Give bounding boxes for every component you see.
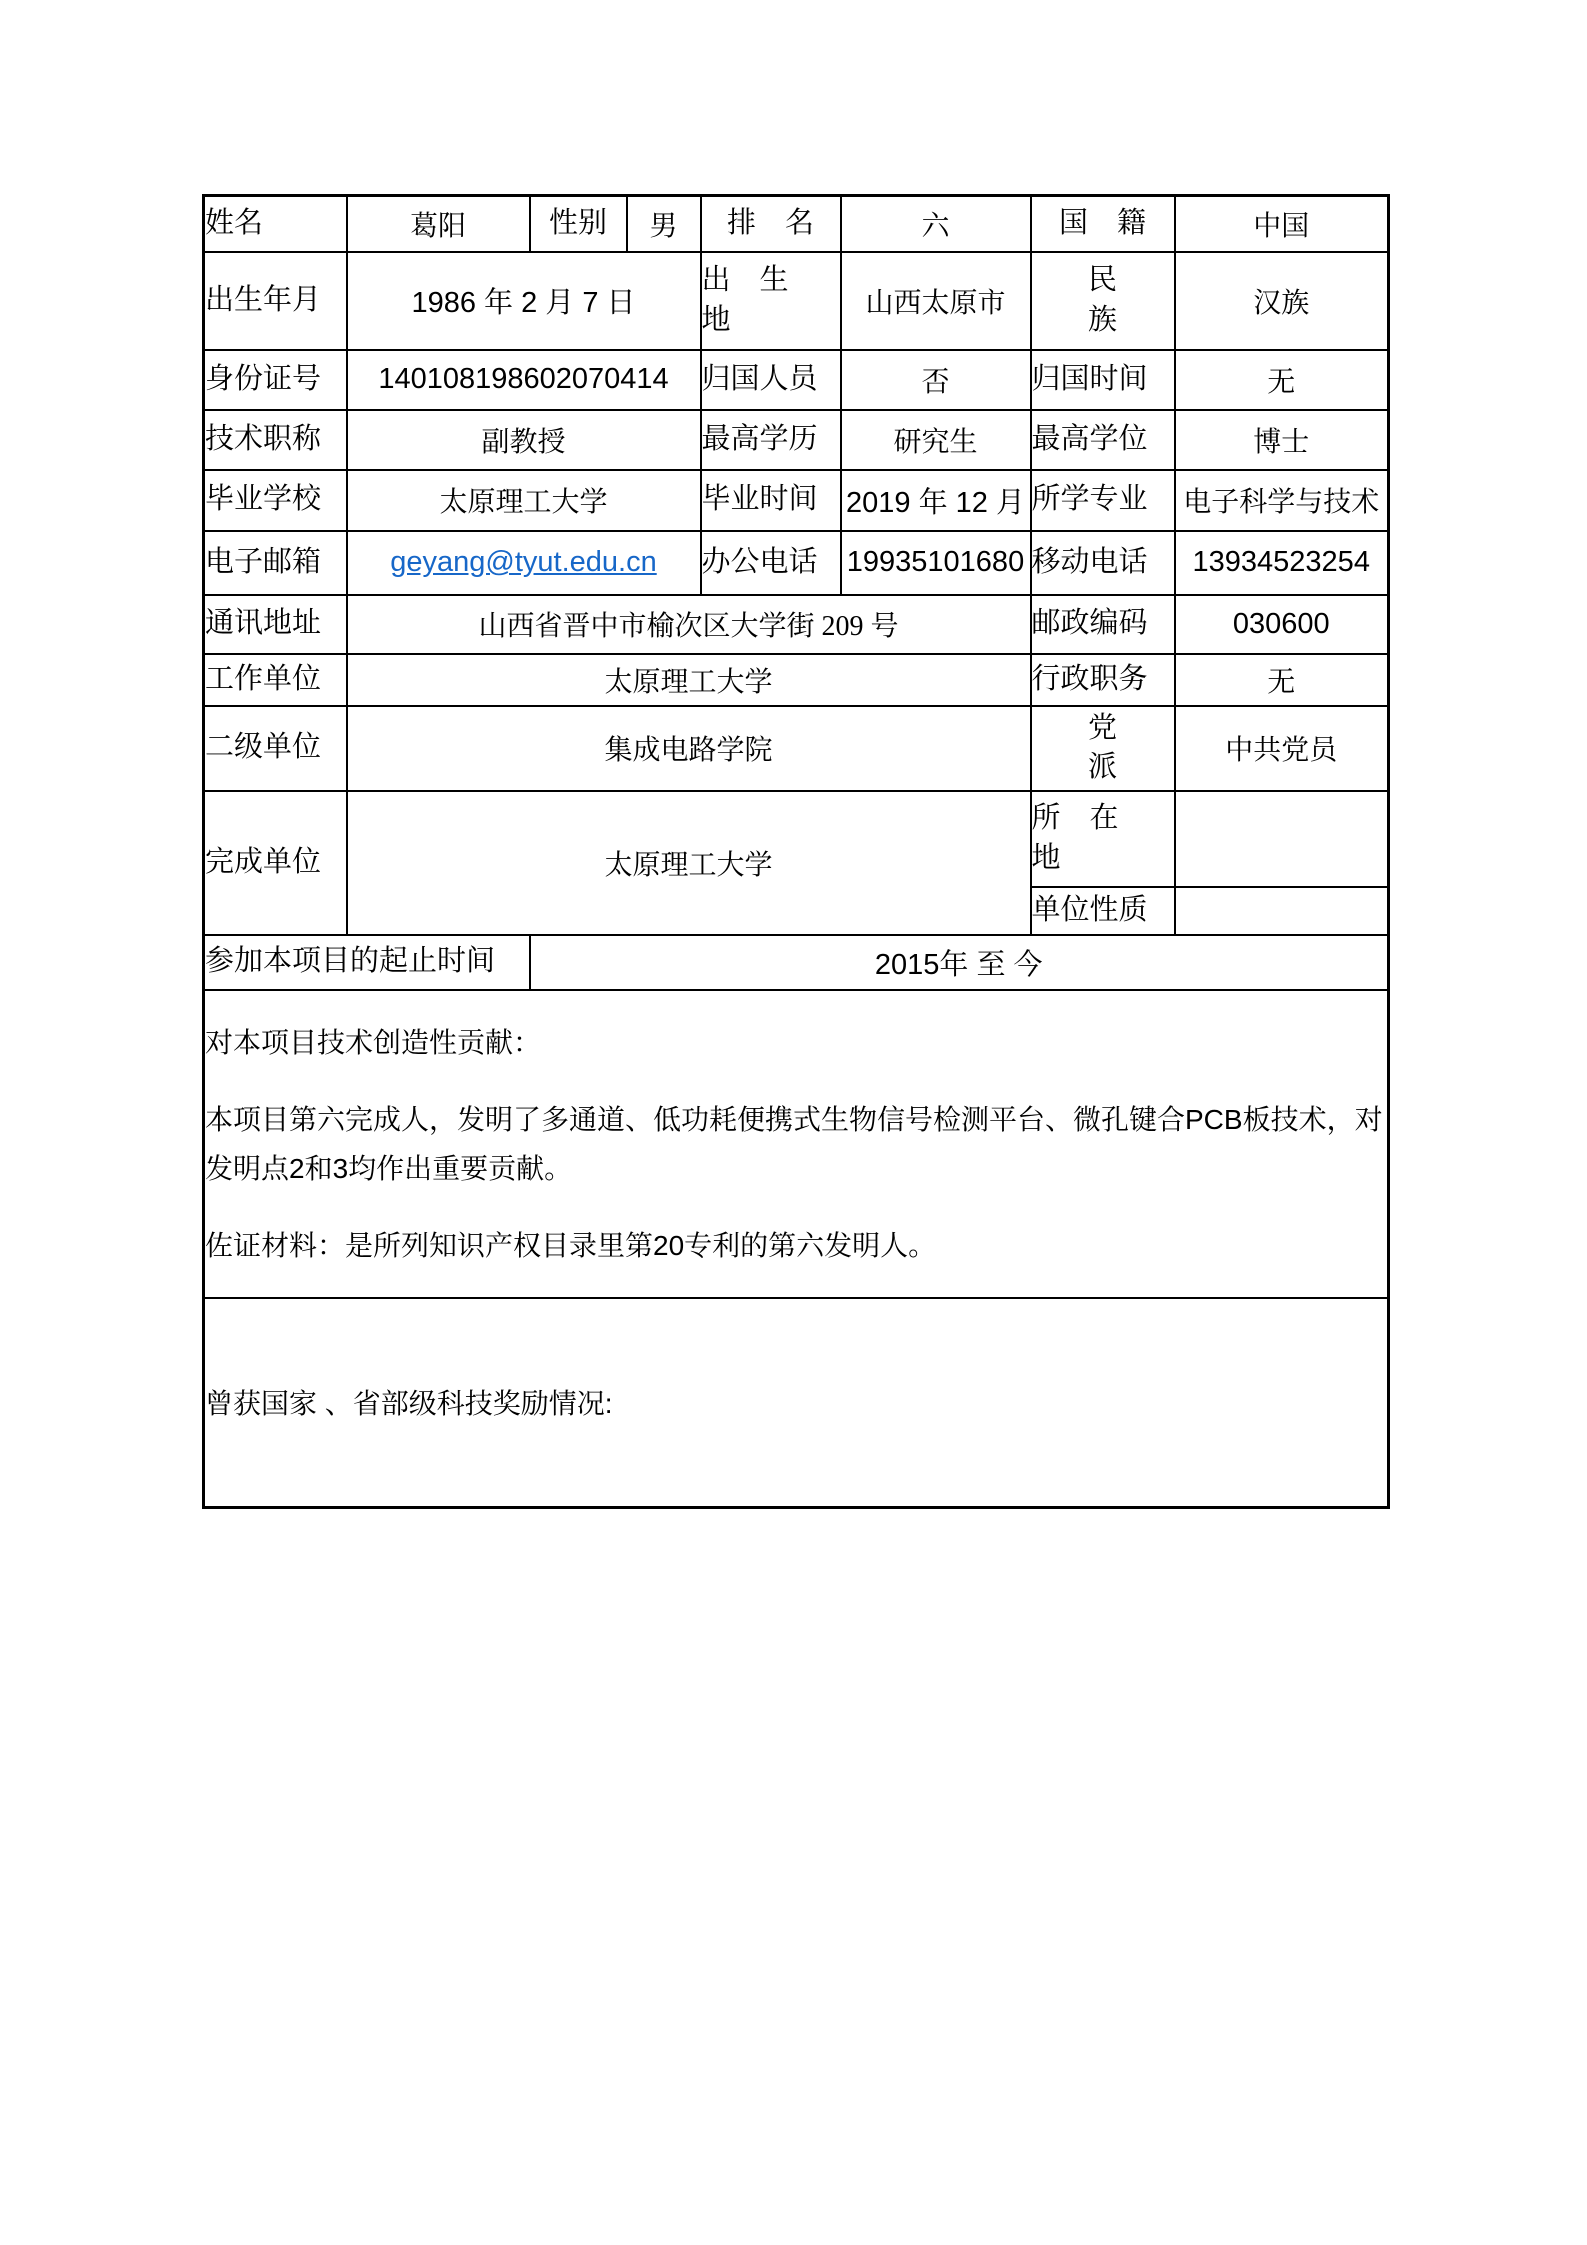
row-contribution: 对本项目技术创造性贡献： 本项目第六完成人，发明了多通道、低功耗便携式生物信号检… bbox=[204, 990, 1389, 1298]
party-value: 中共党员 bbox=[1175, 706, 1389, 791]
school-label: 毕业学校 bbox=[204, 470, 347, 531]
project-period-value: 2015年 至 今 bbox=[530, 935, 1389, 990]
id-number-value: 140108198602070414 bbox=[347, 350, 701, 410]
row-title: 技术职称 副教授 最高学历 研究生 最高学位 博士 bbox=[204, 410, 1389, 470]
major-label: 所学专业 bbox=[1031, 470, 1175, 531]
row-secondary-unit: 二级单位 集成电路学院 党 派 中共党员 bbox=[204, 706, 1389, 791]
postal-code-value: 030600 bbox=[1175, 595, 1389, 654]
nationality-value: 中国 bbox=[1175, 196, 1389, 252]
row-school: 毕业学校 太原理工大学 毕业时间 2019 年 12 月 所学专业 电子科学与技… bbox=[204, 470, 1389, 531]
work-unit-label: 工作单位 bbox=[204, 654, 347, 706]
education-value: 研究生 bbox=[841, 410, 1031, 470]
postal-code-label: 邮政编码 bbox=[1031, 595, 1175, 654]
applicant-info-table: 姓名 葛阳 性别 男 排 名 六 国 籍 中国 出生年月 1986 年 2 月 … bbox=[202, 194, 1390, 1509]
location-value bbox=[1175, 791, 1389, 887]
school-value: 太原理工大学 bbox=[347, 470, 701, 531]
grad-time-value: 2019 年 12 月 bbox=[841, 470, 1031, 531]
office-phone-value: 19935101680 bbox=[841, 531, 1031, 595]
project-period-label: 参加本项目的起止时间 bbox=[204, 935, 530, 990]
mobile-phone-value: 13934523254 bbox=[1175, 531, 1389, 595]
work-unit-value: 太原理工大学 bbox=[347, 654, 1031, 706]
ethnicity-label: 民 族 bbox=[1031, 252, 1175, 350]
party-label: 党 派 bbox=[1031, 706, 1175, 791]
office-phone-label: 办公电话 bbox=[701, 531, 841, 595]
education-label: 最高学历 bbox=[701, 410, 841, 470]
completion-unit-value: 太原理工大学 bbox=[347, 791, 1031, 935]
tech-title-label: 技术职称 bbox=[204, 410, 347, 470]
location-label: 所 在 地 bbox=[1031, 791, 1175, 887]
birth-date-label: 出生年月 bbox=[204, 252, 347, 350]
row-completion-unit: 完成单位 太原理工大学 所 在 地 bbox=[204, 791, 1389, 887]
admin-post-value: 无 bbox=[1175, 654, 1389, 706]
row-project-period: 参加本项目的起止时间 2015年 至 今 bbox=[204, 935, 1389, 990]
secondary-unit-label: 二级单位 bbox=[204, 706, 347, 791]
email-value-cell: geyang@tyut.edu.cn bbox=[347, 531, 701, 595]
row-contact-phones: 电子邮箱 geyang@tyut.edu.cn 办公电话 19935101680… bbox=[204, 531, 1389, 595]
contribution-cell: 对本项目技术创造性贡献： 本项目第六完成人，发明了多通道、低功耗便携式生物信号检… bbox=[204, 990, 1389, 1298]
mobile-phone-label: 移动电话 bbox=[1031, 531, 1175, 595]
returnee-value: 否 bbox=[841, 350, 1031, 410]
address-label: 通讯地址 bbox=[204, 595, 347, 654]
tech-title-value: 副教授 bbox=[347, 410, 701, 470]
name-value: 葛阳 bbox=[347, 196, 530, 252]
major-value: 电子科学与技术 bbox=[1175, 470, 1389, 531]
return-time-label: 归国时间 bbox=[1031, 350, 1175, 410]
return-time-value: 无 bbox=[1175, 350, 1389, 410]
row-id-number: 身份证号 140108198602070414 归国人员 否 归国时间 无 bbox=[204, 350, 1389, 410]
email-link[interactable]: geyang@tyut.edu.cn bbox=[390, 546, 656, 578]
grad-time-label: 毕业时间 bbox=[701, 470, 841, 531]
address-value: 山西省晋中市榆次区大学街 209 号 bbox=[347, 595, 1031, 654]
name-label: 姓名 bbox=[204, 196, 347, 252]
degree-label: 最高学位 bbox=[1031, 410, 1175, 470]
row-work-unit: 工作单位 太原理工大学 行政职务 无 bbox=[204, 654, 1389, 706]
birth-place-label: 出 生 地 bbox=[701, 252, 841, 350]
awards-cell: 曾获国家 、省部级科技奖励情况: bbox=[204, 1298, 1389, 1508]
birth-date-value: 1986 年 2 月 7 日 bbox=[347, 252, 701, 350]
admin-post-label: 行政职务 bbox=[1031, 654, 1175, 706]
rank-label: 排 名 bbox=[701, 196, 841, 252]
completion-unit-label: 完成单位 bbox=[204, 791, 347, 935]
gender-label: 性别 bbox=[530, 196, 627, 252]
email-label: 电子邮箱 bbox=[204, 531, 347, 595]
birth-place-value: 山西太原市 bbox=[841, 252, 1031, 350]
row-name: 姓名 葛阳 性别 男 排 名 六 国 籍 中国 bbox=[204, 196, 1389, 252]
row-awards: 曾获国家 、省部级科技奖励情况: bbox=[204, 1298, 1389, 1508]
contribution-heading: 对本项目技术创造性贡献： bbox=[205, 1018, 1387, 1067]
rank-value: 六 bbox=[841, 196, 1031, 252]
nationality-label: 国 籍 bbox=[1031, 196, 1175, 252]
contribution-paragraph2: 佐证材料：是所列知识产权目录里第20专利的第六发明人。 bbox=[205, 1221, 1387, 1270]
id-number-label: 身份证号 bbox=[204, 350, 347, 410]
secondary-unit-value: 集成电路学院 bbox=[347, 706, 1031, 791]
contribution-paragraph1: 本项目第六完成人，发明了多通道、低功耗便携式生物信号检测平台、微孔键合PCB板技… bbox=[205, 1095, 1387, 1193]
awards-heading: 曾获国家 、省部级科技奖励情况: bbox=[205, 1382, 1387, 1422]
ethnicity-value: 汉族 bbox=[1175, 252, 1389, 350]
row-address: 通讯地址 山西省晋中市榆次区大学街 209 号 邮政编码 030600 bbox=[204, 595, 1389, 654]
returnee-label: 归国人员 bbox=[701, 350, 841, 410]
gender-value: 男 bbox=[627, 196, 701, 252]
document-page: 姓名 葛阳 性别 男 排 名 六 国 籍 中国 出生年月 1986 年 2 月 … bbox=[0, 0, 1587, 2245]
unit-type-label: 单位性质 bbox=[1031, 887, 1175, 935]
degree-value: 博士 bbox=[1175, 410, 1389, 470]
unit-type-value bbox=[1175, 887, 1389, 935]
row-birth: 出生年月 1986 年 2 月 7 日 出 生 地 山西太原市 民 族 汉族 bbox=[204, 252, 1389, 350]
